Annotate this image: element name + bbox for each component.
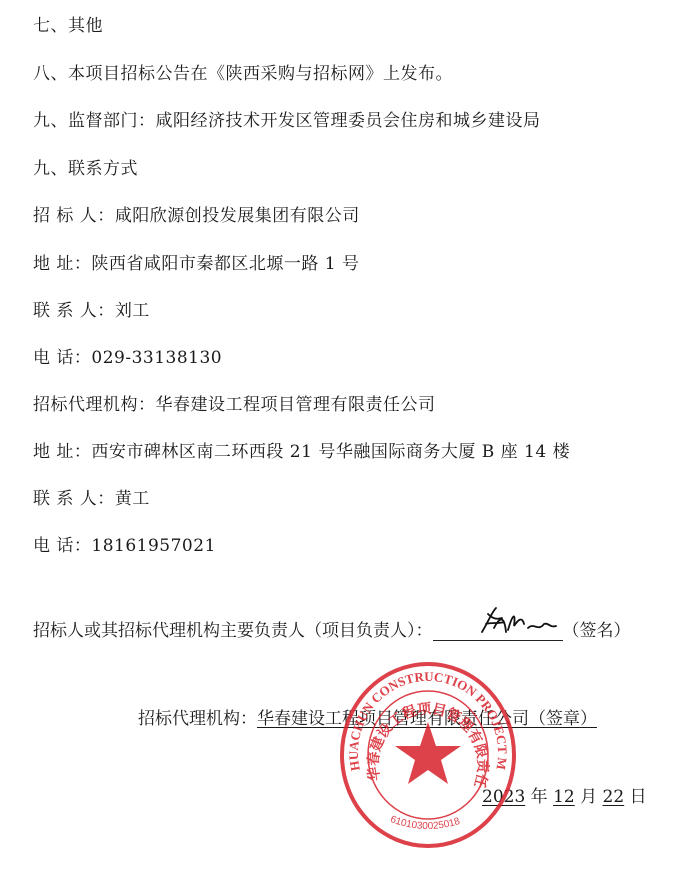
agency-name: 华春建设工程项目管理有限责任公司 (156, 395, 436, 415)
company-seal-stamp-icon: HUACHUN CONSTRUCTION PROJECT MANAGEMENT … (338, 660, 518, 850)
section-7-heading: 七、其他 (33, 16, 103, 36)
agency-contact-label: 联 系 人： (33, 489, 115, 509)
tenderer-address-row: 地 址：陕西省咸阳市秦都区北塬一路 1 号 (33, 254, 360, 274)
handwritten-signature-icon (478, 602, 558, 642)
section-8-publication: 八、本项目招标公告在《陕西采购与招标网》上发布。 (33, 64, 453, 84)
tenderer-name-label: 招 标 人： (33, 206, 115, 226)
date-year-unit: 年 (531, 787, 548, 807)
tenderer-phone-label: 电 话： (33, 348, 91, 368)
agency-contact-row: 联 系 人：黄工 (33, 489, 150, 509)
date-month: 12 (553, 787, 575, 807)
tenderer-phone: 029-33138130 (91, 348, 222, 368)
agency-phone-row: 电 话：18161957021 (33, 536, 216, 556)
sign-note: （签名） (563, 621, 631, 641)
section-9-contact-heading: 九、联系方式 (33, 159, 138, 179)
agency-phone: 18161957021 (91, 536, 215, 556)
tenderer-address: 陕西省咸阳市秦都区北塬一路 1 号 (91, 254, 359, 274)
agency-contact: 黄工 (115, 489, 150, 509)
tenderer-contact: 刘工 (115, 301, 150, 321)
tenderer-name-row: 招 标 人：咸阳欣源创投发展集团有限公司 (33, 206, 360, 226)
date-day-unit: 日 (630, 787, 647, 807)
date-day: 22 (603, 787, 625, 807)
tenderer-phone-row: 电 话：029-33138130 (33, 348, 222, 368)
svg-text:6101030025018: 6101030025018 (389, 814, 462, 832)
tenderer-name: 咸阳欣源创投发展集团有限公司 (115, 206, 360, 226)
responsible-label: 招标人或其招标代理机构主要负责人（项目负责人）： (33, 621, 433, 641)
tenderer-contact-label: 联 系 人： (33, 301, 115, 321)
stamp-code: 6101030025018 (389, 814, 462, 832)
date-month-unit: 月 (580, 787, 597, 807)
agency-phone-label: 电 话： (33, 536, 91, 556)
agency-address-label: 地 址： (33, 442, 91, 462)
agency-address: 西安市碑林区南二环西段 21 号华融国际商务大厦 B 座 14 楼 (91, 442, 570, 462)
section-9-supervision: 九、监督部门：咸阳经济技术开发区管理委员会住房和城乡建设局 (33, 111, 541, 131)
tenderer-address-label: 地 址： (33, 254, 91, 274)
agency-seal-label: 招标代理机构： (138, 709, 257, 729)
agency-name-row: 招标代理机构：华春建设工程项目管理有限责任公司 (33, 395, 436, 415)
tenderer-contact-row: 联 系 人：刘工 (33, 301, 150, 321)
agency-name-label: 招标代理机构： (33, 395, 156, 415)
agency-address-row: 地 址：西安市碑林区南二环西段 21 号华融国际商务大厦 B 座 14 楼 (33, 442, 570, 462)
